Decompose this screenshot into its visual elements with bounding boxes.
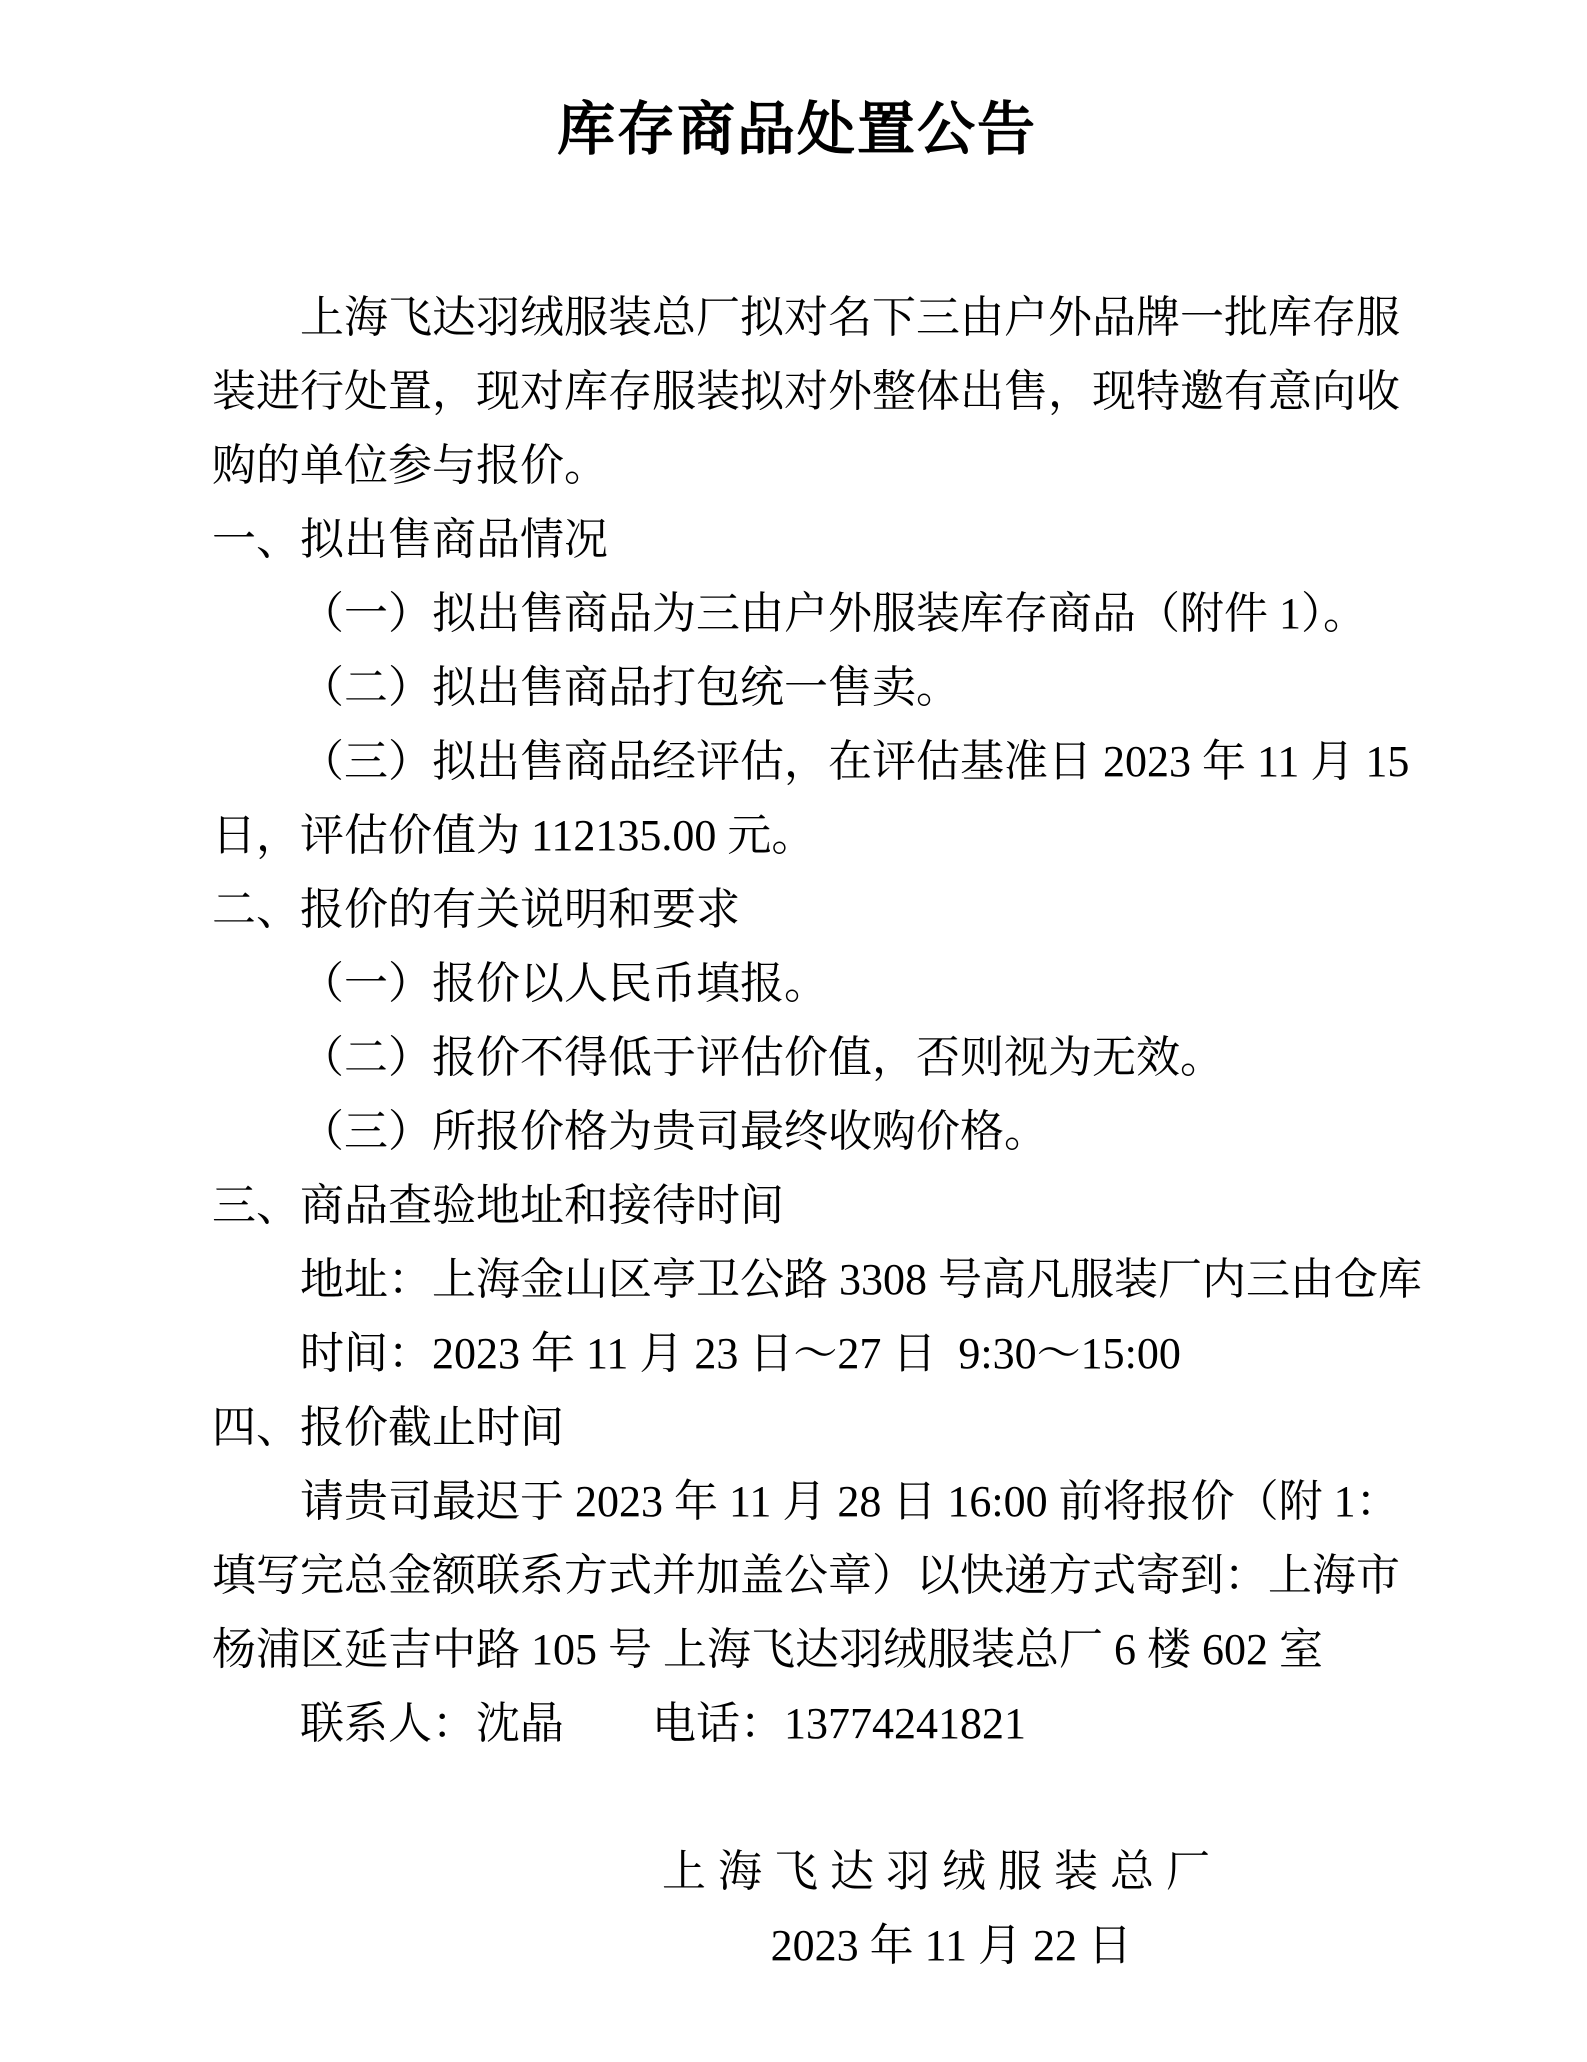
section-2-item-1: （一）报价以人民币填报。 [212, 947, 1382, 1021]
section-2-item-2: （二）报价不得低于评估价值，否则视为无效。 [212, 1021, 1382, 1095]
section-1-item-1: （一）拟出售商品为三由户外服装库存商品（附件 1）。 [212, 577, 1382, 651]
paragraph-intro-line-2: 装进行处置，现对库存服装拟对外整体出售，现特邀有意向收 [212, 355, 1382, 429]
document-body: 上海飞达羽绒服装总厂拟对名下三由户外品牌一批库存服 装进行处置，现对库存服装拟对… [212, 281, 1382, 1761]
section-2-item-3: （三）所报价格为贵司最终收购价格。 [212, 1095, 1382, 1169]
section-1-item-2: （二）拟出售商品打包统一售卖。 [212, 651, 1382, 725]
signature-date: 2023 年 11 月 22 日 [212, 1909, 1132, 1983]
paragraph-intro-line-3: 购的单位参与报价。 [212, 429, 1382, 503]
document-page: 库存商品处置公告 上海飞达羽绒服装总厂拟对名下三由户外品牌一批库存服 装进行处置… [0, 0, 1587, 2062]
section-1-item-3-line-2: 日，评估价值为 112135.00 元。 [212, 799, 1382, 873]
signature-company: 上海飞达羽绒服装总厂 [212, 1835, 1222, 1909]
document-title: 库存商品处置公告 [212, 98, 1382, 162]
section-heading-1: 一、拟出售商品情况 [212, 503, 1382, 577]
mailing-address-line: 杨浦区延吉中路 105 号 上海飞达羽绒服装总厂 6 楼 602 室 [212, 1613, 1382, 1687]
section-heading-3: 三、商品查验地址和接待时间 [212, 1169, 1382, 1243]
section-1-item-3-line-1: （三）拟出售商品经评估，在评估基准日 2023 年 11 月 15 [212, 725, 1382, 799]
deadline-line-2: 填写完总金额联系方式并加盖公章）以快递方式寄到：上海市 [212, 1539, 1382, 1613]
section-heading-2: 二、报价的有关说明和要求 [212, 873, 1382, 947]
deadline-line-1: 请贵司最迟于 2023 年 11 月 28 日 16:00 前将报价（附 1： [212, 1465, 1382, 1539]
inspection-time-line: 时间：2023 年 11 月 23 日～27 日 9:30～15:00 [212, 1317, 1382, 1391]
contact-line: 联系人：沈晶 电话：13774241821 [212, 1687, 1382, 1761]
paragraph-intro-line-1: 上海飞达羽绒服装总厂拟对名下三由户外品牌一批库存服 [212, 281, 1382, 355]
inspection-address-line: 地址：上海金山区亭卫公路 3308 号高凡服装厂内三由仓库 [212, 1243, 1382, 1317]
section-heading-4: 四、报价截止时间 [212, 1391, 1382, 1465]
signature-block: 上海飞达羽绒服装总厂 2023 年 11 月 22 日 [212, 1835, 1382, 1983]
